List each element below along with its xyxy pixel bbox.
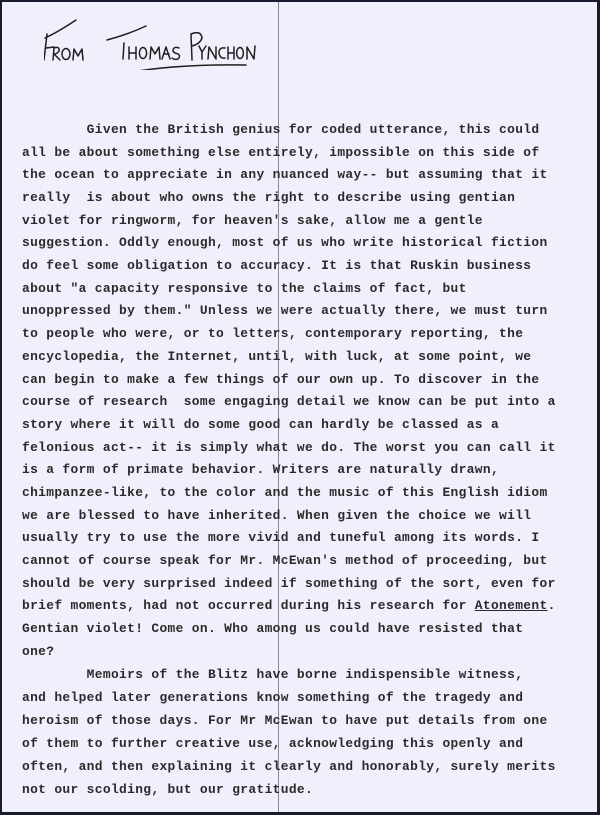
text-line: can begin to make a few things of our ow…	[22, 372, 539, 388]
text-line: all be about something else entirely, im…	[22, 145, 539, 161]
text-line: about "a capacity responsive to the clai…	[22, 281, 467, 297]
text-line: of them to further creative use, acknowl…	[22, 736, 523, 752]
text-line: felonious act-- it is simply what we do.…	[22, 440, 556, 456]
text-line-content: brief moments, had not occurred during h…	[22, 598, 475, 613]
text-line: not our scolding, but our gratitude.	[22, 782, 313, 798]
text-line: the ocean to appreciate in any nuanced w…	[22, 167, 548, 183]
book-title-atonement: Atonement	[475, 598, 548, 613]
text-line: often, and then explaining it clearly an…	[22, 759, 556, 775]
text-line: one?	[22, 644, 54, 660]
text-line: brief moments, had not occurred during h…	[22, 598, 556, 614]
handwritten-note-strokes: FROM THOMAS PYNCHON	[44, 14, 264, 70]
title-punctuation: .	[548, 598, 556, 613]
text-line: is a form of primate behavior. Writers a…	[22, 462, 499, 478]
text-line: violet for ringworm, for heaven's sake, …	[22, 213, 483, 229]
text-line: usually try to use the more vivid and tu…	[22, 530, 539, 546]
text-line: course of research some engaging detail …	[22, 394, 556, 410]
text-line: story where it will do some good can har…	[22, 417, 499, 433]
text-line: unoppressed by them." Unless we were act…	[22, 303, 548, 319]
text-line: Memoirs of the Blitz have borne indispen…	[22, 667, 523, 683]
text-line: really is about who owns the right to de…	[22, 190, 515, 206]
text-line: chimpanzee-like, to the color and the mu…	[22, 485, 548, 501]
text-line: we are blessed to have inherited. When g…	[22, 508, 531, 524]
text-line: suggestion. Oddly enough, most of us who…	[22, 235, 548, 251]
text-line: encyclopedia, the Internet, until, with …	[22, 349, 531, 365]
text-line: Given the British genius for coded utter…	[22, 122, 539, 138]
text-line: and helped later generations know someth…	[22, 690, 523, 706]
text-line: do feel some obligation to accuracy. It …	[22, 258, 531, 274]
text-line: Gentian violet! Come on. Who among us co…	[22, 621, 523, 637]
handwritten-note: FROM THOMAS PYNCHON	[44, 14, 264, 66]
text-line: heroism of those days. For Mr McEwan to …	[22, 713, 548, 729]
text-line: should be very surprised indeed if somet…	[22, 576, 556, 592]
text-line: cannot of course speak for Mr. McEwan's …	[22, 553, 548, 569]
text-line: to people who were, or to letters, conte…	[22, 326, 523, 342]
